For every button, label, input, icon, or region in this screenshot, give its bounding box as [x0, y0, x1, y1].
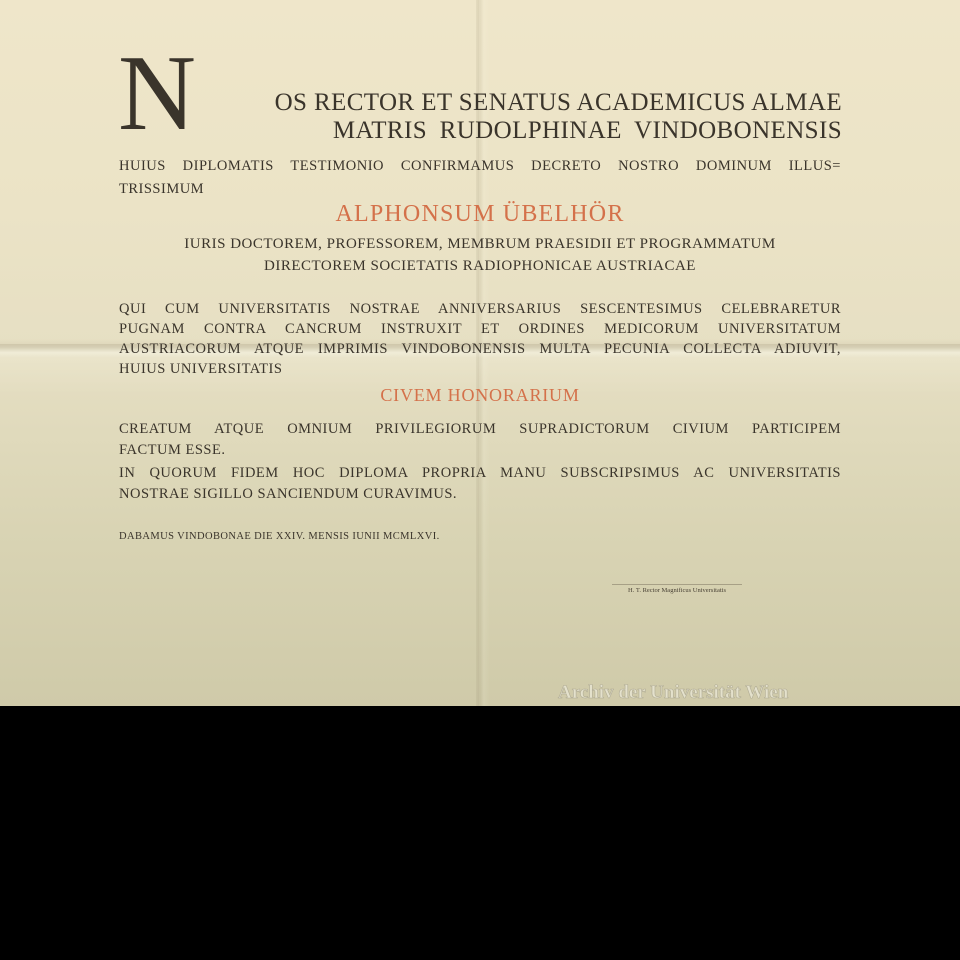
heading-line-1: OS RECTOR ET SENATUS ACADEMICUS ALMAE: [275, 89, 842, 117]
archive-watermark: Archiv der Universität Wien: [558, 682, 788, 704]
drop-cap-initial: N: [118, 40, 196, 148]
honor-title: CIVEM HONORARIUM: [119, 385, 841, 406]
intro-line-1: HUIUS DIPLOMATIS TESTIMONIO CONFIRMAMUS …: [119, 158, 841, 175]
closing-line: CREATUM ATQUE OMNIUM PRIVILEGIORUM SUPRA…: [119, 421, 841, 438]
signature-caption: H. T. Rector Magnificus Universitatis: [612, 587, 742, 594]
closing-line: FACTUM ESSE.: [119, 442, 841, 459]
date-line: DABAMUS VINDOBONAE DIE XXIV. MENSIS IUNI…: [119, 531, 440, 542]
reason-line: PUGNAM CONTRA CANCRUM INSTRUXIT ET ORDIN…: [119, 321, 841, 338]
reason-line: HUIUS UNIVERSITATIS: [119, 361, 841, 378]
closing-line: IN QUORUM FIDEM HOC DIPLOMA PROPRIA MANU…: [119, 465, 841, 482]
heading-line-2: MATRIS RUDOLPHINAE VINDOBONENSIS: [333, 117, 842, 145]
titles-line-1: IURIS DOCTOREM, PROFESSOREM, MEMBRUM PRA…: [119, 236, 841, 253]
titles-line-2: DIRECTOREM SOCIETATIS RADIOPHONICAE AUST…: [119, 258, 841, 275]
closing-line: NOSTRAE SIGILLO SANCIENDUM CURAVIMUS.: [119, 486, 841, 503]
reason-line: AUSTRIACORUM ATQUE IMPRIMIS VINDOBONENSI…: [119, 341, 841, 358]
signature-line: [612, 584, 742, 585]
diploma-paper: N OS RECTOR ET SENATUS ACADEMICUS ALMAE …: [0, 0, 960, 706]
honoree-name: ALPHONSUM ÜBELHÖR: [119, 201, 841, 228]
reason-line: QUI CUM UNIVERSITATIS NOSTRAE ANNIVERSAR…: [119, 301, 841, 318]
intro-line-2: TRISSIMUM: [119, 181, 841, 198]
